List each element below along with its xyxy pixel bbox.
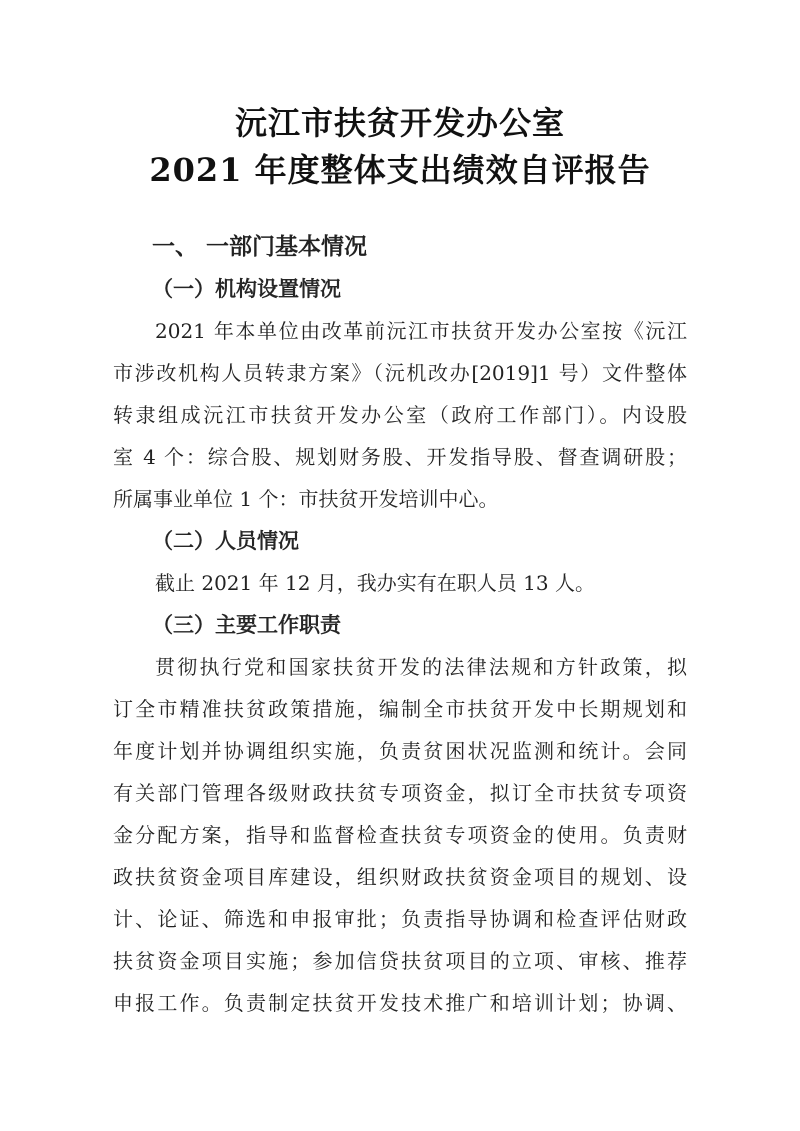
paragraph-line: 政扶贫资金项目库建设，组织财政扶贫资金项目的规划、设 bbox=[113, 856, 687, 898]
paragraph-line: 订全市精准扶贫政策措施，编制全市扶贫开发中长期规划和 bbox=[113, 688, 687, 730]
subsection-heading-1: （一）机构设置情况 bbox=[113, 268, 687, 310]
paragraph-line: 市涉改机构人员转隶方案》（沅机改办[2019]1 号）文件整体 bbox=[113, 352, 687, 394]
document-page: 沅江市扶贫开发办公室 2021 年度整体支出绩效自评报告 一、 一部门基本情况 … bbox=[0, 0, 800, 1131]
section-heading-1: 一、 一部门基本情况 bbox=[113, 226, 687, 268]
paragraph-line: 2021 年本单位由改革前沅江市扶贫开发办公室按《沅江 bbox=[113, 310, 687, 352]
document-title: 沅江市扶贫开发办公室 2021 年度整体支出绩效自评报告 bbox=[113, 100, 687, 194]
subsection-heading-2: （二）人员情况 bbox=[113, 520, 687, 562]
title-line-2: 2021 年度整体支出绩效自评报告 bbox=[113, 147, 687, 194]
paragraph-line: 申报工作。负责制定扶贫开发技术推广和培训计划；协调、 bbox=[113, 982, 687, 1024]
paragraph-line: 所属事业单位 1 个：市扶贫开发培训中心。 bbox=[113, 478, 687, 520]
title-line-1: 沅江市扶贫开发办公室 bbox=[113, 100, 687, 147]
paragraph-line: 计、论证、筛选和申报审批；负责指导协调和检查评估财政 bbox=[113, 898, 687, 940]
paragraph-line: 室 4 个：综合股、规划财务股、开发指导股、督查调研股； bbox=[113, 436, 687, 478]
paragraph-line: 年度计划并协调组织实施，负责贫困状况监测和统计。会同 bbox=[113, 730, 687, 772]
paragraph-line: 截止 2021 年 12 月，我办实有在职人员 13 人。 bbox=[113, 562, 687, 604]
paragraph-line: 贯彻执行党和国家扶贫开发的法律法规和方针政策，拟 bbox=[113, 646, 687, 688]
paragraph-line: 金分配方案，指导和监督检查扶贫专项资金的使用。负责财 bbox=[113, 814, 687, 856]
paragraph-line: 有关部门管理各级财政扶贫专项资金，拟订全市扶贫专项资 bbox=[113, 772, 687, 814]
paragraph-line: 扶贫资金项目实施；参加信贷扶贫项目的立项、审核、推荐 bbox=[113, 940, 687, 982]
document-body: 一、 一部门基本情况 （一）机构设置情况 2021 年本单位由改革前沅江市扶贫开… bbox=[113, 226, 687, 1024]
subsection-heading-3: （三）主要工作职责 bbox=[113, 604, 687, 646]
paragraph-line: 转隶组成沅江市扶贫开发办公室（政府工作部门）。内设股 bbox=[113, 394, 687, 436]
